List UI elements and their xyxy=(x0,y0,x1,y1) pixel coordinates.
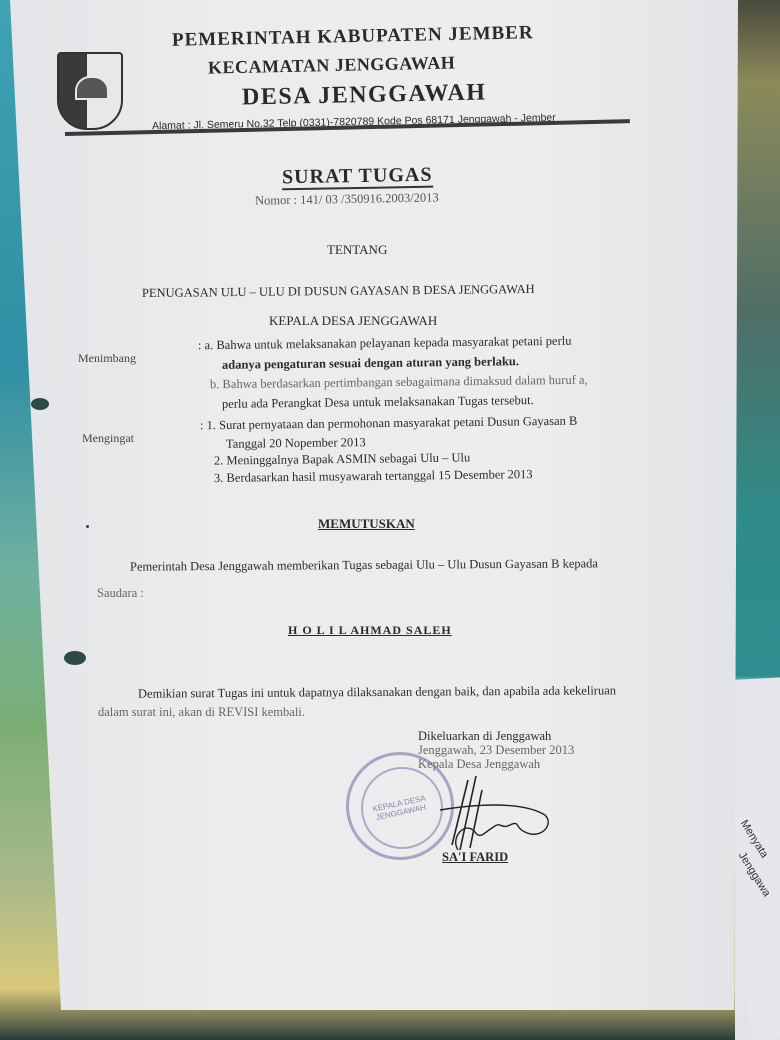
mengingat-item-2: 2. Meninggalnya Bapak ASMIN sebagai Ulu … xyxy=(214,450,470,468)
jember-regency-emblem-icon xyxy=(57,52,123,130)
punch-hole xyxy=(64,651,86,665)
decision-body-cont: Saudara : xyxy=(97,586,144,601)
document-issuer: KEPALA DESA JENGGAWAH xyxy=(269,313,437,329)
punch-hole xyxy=(31,398,49,410)
closing-text-cont: dalam surat ini, akan di REVISI kembali. xyxy=(98,705,305,720)
ink-speck xyxy=(86,525,89,528)
assignee-name: H O L I L AHMAD SALEH xyxy=(288,623,452,638)
document-number: Nomor : 141/ 03 /350916.2003/2013 xyxy=(255,190,439,208)
document-sheet xyxy=(10,0,738,1010)
issued-at: Dikeluarkan di Jenggawah xyxy=(418,729,551,744)
mengingat-label: Mengingat xyxy=(82,431,134,446)
mengingat-item-1-cont: Tanggal 20 Nopember 2013 xyxy=(226,435,366,452)
signer-name: SA'I FARID xyxy=(442,850,508,865)
about-label: TENTANG xyxy=(327,242,387,258)
document-title: SURAT TUGAS xyxy=(282,164,433,191)
letterhead-line-3: DESA JENGGAWAH xyxy=(242,79,487,111)
decision-heading: MEMUTUSKAN xyxy=(318,516,415,532)
issue-date: Jenggawah, 23 Desember 2013 xyxy=(418,743,574,758)
menimbang-label: Menimbang xyxy=(78,351,136,366)
